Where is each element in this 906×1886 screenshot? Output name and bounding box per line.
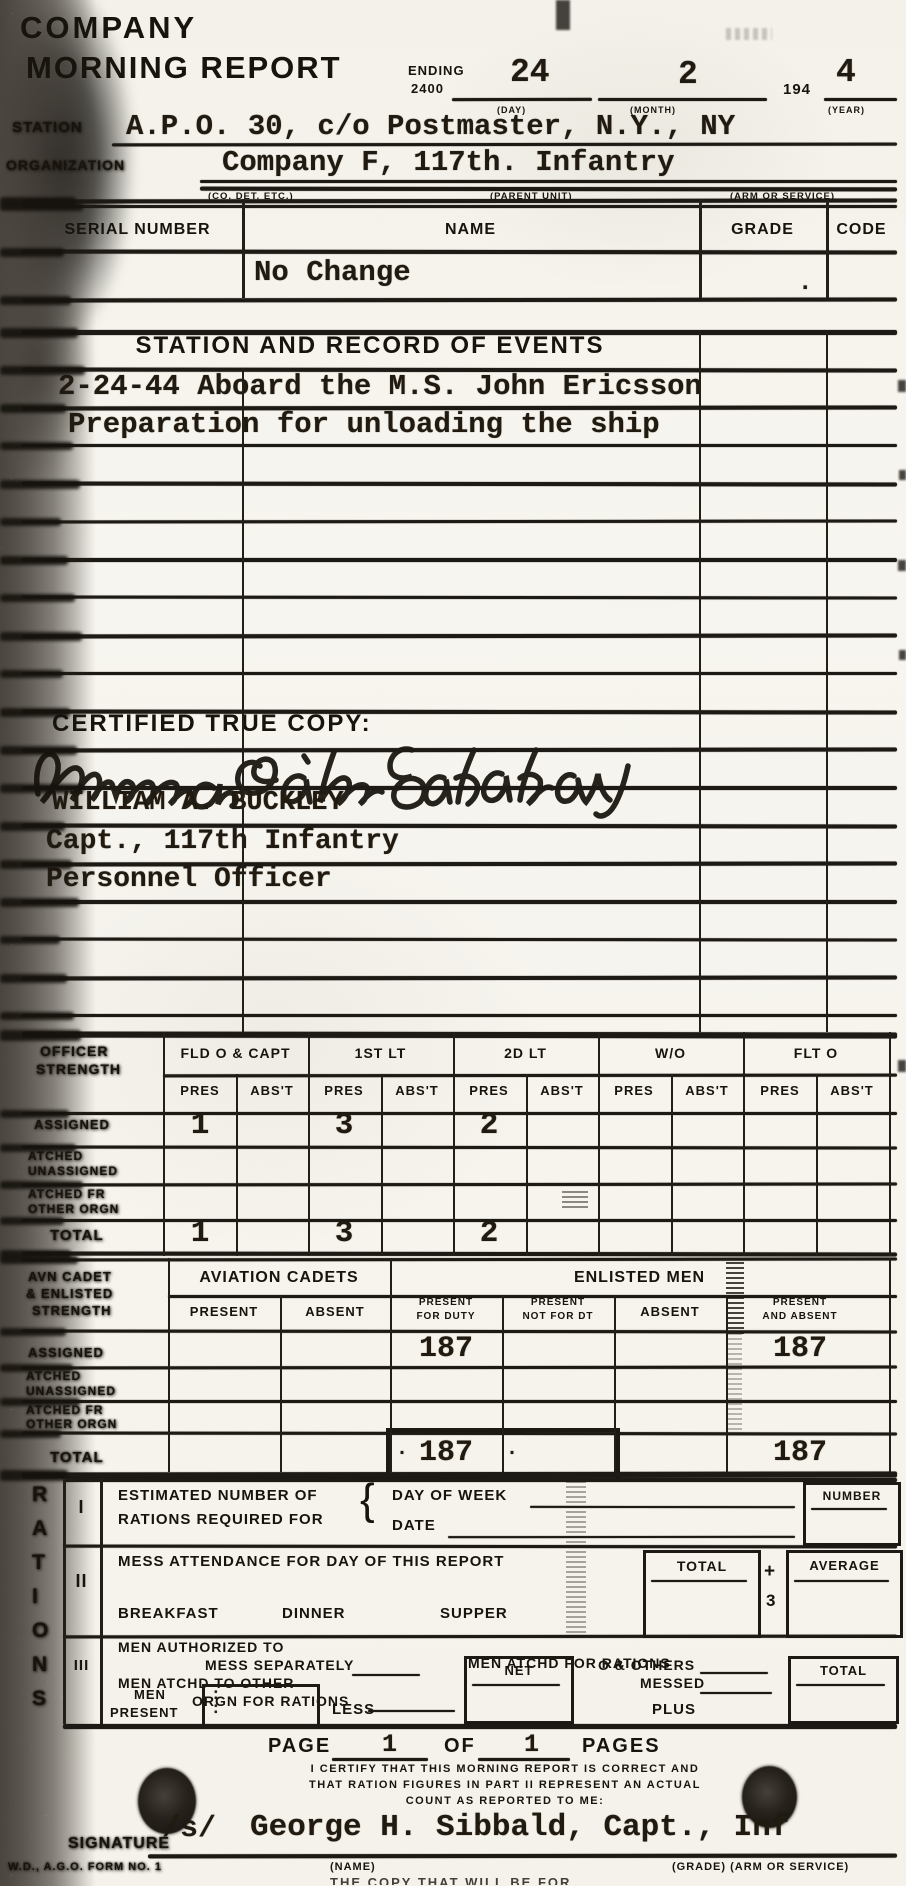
scan-rule-blob <box>0 442 73 450</box>
rations3-plus-label: PLUS <box>652 1702 696 1717</box>
scan-rule-blob <box>0 708 70 717</box>
rations-band-letter-4: O <box>32 1620 49 1641</box>
column-divider <box>242 199 245 298</box>
enlisted-row-label-2-1: OTHER ORGN <box>26 1418 117 1430</box>
rations1-number-box: NUMBER <box>803 1482 901 1546</box>
roster-header-serial: SERIAL NUMBER <box>40 222 235 238</box>
column-divider <box>699 444 701 482</box>
column-divider <box>598 1032 600 1256</box>
form-rule <box>200 187 897 192</box>
form-rule <box>22 298 897 303</box>
footer-cutoff-fragment: THE COPY THAT WILL BE FOR <box>330 1876 670 1885</box>
column-divider <box>390 1258 392 1472</box>
form-rule <box>63 1635 897 1639</box>
rations-numeral-sec3: III <box>63 1658 100 1673</box>
officer-subheader-4: PRES <box>455 1084 523 1097</box>
form-rule <box>22 596 897 600</box>
rations1-line2: RATIONS REQUIRED FOR <box>118 1512 324 1527</box>
officer-subheader-6: PRES <box>600 1084 668 1097</box>
signature-label: SIGNATURE <box>68 1836 170 1852</box>
column-divider <box>280 1295 282 1472</box>
scan-rule-blob <box>0 480 80 489</box>
column-divider <box>826 199 829 298</box>
column-divider <box>242 444 244 482</box>
organization-value: Company F, 117th. Infantry <box>222 148 674 177</box>
form-rule <box>22 1252 897 1257</box>
column-divider <box>816 1074 818 1256</box>
column-divider <box>699 406 701 444</box>
rations3-total-box: TOTAL <box>788 1656 899 1724</box>
rations1-number-box-label: NUMBER <box>806 1490 898 1502</box>
year-label: (YEAR) <box>828 106 865 115</box>
year-prefix: 194 <box>783 82 811 97</box>
column-divider <box>699 748 701 786</box>
column-divider <box>826 596 828 634</box>
scan-rule-blob <box>0 936 60 944</box>
scan-rule-blob <box>0 404 66 413</box>
column-divider <box>743 1032 745 1256</box>
enlisted-header-3: STRENGTH <box>32 1304 112 1317</box>
events-line1: 2-24-44 Aboard the M.S. John Ericsson <box>58 372 702 401</box>
certified-typed-name: WILLIAM A. BUCKLEY <box>52 790 344 817</box>
enlisted-group-aviation-cadets: AVIATION CADETS <box>168 1270 390 1286</box>
column-divider <box>826 444 828 482</box>
column-divider <box>826 482 828 520</box>
enlisted-colheader-4-0: ABSENT <box>614 1305 726 1318</box>
page-value: 1 <box>382 1732 397 1757</box>
column-divider <box>163 1032 165 1256</box>
rations-band-letter-2: T <box>32 1552 46 1573</box>
scan-vertical-smudge <box>566 1478 586 1638</box>
rations-band-letter-0: R <box>32 1484 48 1505</box>
form-rule <box>796 1684 885 1686</box>
column-divider <box>242 520 244 558</box>
form-rule <box>22 976 897 981</box>
form-rule <box>63 1478 897 1482</box>
column-divider <box>242 710 244 748</box>
column-divider <box>699 672 701 710</box>
officer-row-label-1-1: UNASSIGNED <box>28 1165 118 1177</box>
form-rule <box>332 1758 428 1761</box>
column-divider <box>699 558 701 596</box>
roster-header-code: CODE <box>826 222 897 238</box>
form-rule <box>478 1758 570 1761</box>
form-rule <box>22 1032 897 1039</box>
rations3-line1: MEN AUTHORIZED TO <box>118 1640 284 1654</box>
enlisted-row-label-1-0: ATCHED <box>26 1370 81 1382</box>
morning-report-scan: COMPANY MORNING REPORT ENDING 2400 24 (D… <box>0 0 906 1886</box>
scan-rule-blob <box>0 1012 74 1020</box>
column-divider <box>614 1295 616 1472</box>
events-section-title: STATION AND RECORD OF EVENTS <box>60 334 680 358</box>
enlisted-colheader-0-0: PRESENT <box>168 1305 280 1318</box>
form-rule <box>22 672 897 675</box>
scan-mark <box>898 1060 906 1072</box>
form-rule <box>651 1580 747 1582</box>
rations-band-letter-1: A <box>32 1518 48 1539</box>
scan-rule-blob <box>0 784 84 793</box>
form-rule <box>63 1545 897 1549</box>
column-divider <box>699 330 701 368</box>
rations3-line7: MESSED <box>640 1676 705 1690</box>
scan-rule-blob <box>0 1430 61 1438</box>
column-divider <box>826 368 828 406</box>
rations2-total-box-label: TOTAL <box>646 1559 758 1573</box>
column-divider <box>826 748 828 786</box>
column-divider <box>889 1032 891 1256</box>
enlisted-group-enlisted-men: ENLISTED MEN <box>390 1270 889 1286</box>
column-divider <box>242 596 244 634</box>
column-divider <box>826 824 828 862</box>
rations-band-letter-5: N <box>32 1654 48 1675</box>
form-rule <box>22 1146 897 1150</box>
officer-group-2: 2D LT <box>453 1046 598 1060</box>
organization-label: ORGANIZATION <box>6 158 125 172</box>
form-rule <box>811 1508 887 1510</box>
enlisted-colheader-2-0: PRESENT <box>390 1298 502 1308</box>
column-divider <box>699 862 701 900</box>
column-divider <box>826 672 828 710</box>
column-divider <box>168 1258 170 1472</box>
form-rule <box>148 1854 897 1859</box>
scan-rule-blob <box>0 860 72 869</box>
form-rule <box>22 1400 897 1403</box>
form-rule <box>22 748 897 753</box>
column-divider <box>699 976 701 1014</box>
column-divider <box>242 634 244 672</box>
scan-mark <box>562 1190 588 1208</box>
rations1-date-label: DATE <box>392 1518 436 1533</box>
enlisted-total-box-dot: . <box>396 1440 408 1460</box>
column-divider <box>699 786 701 824</box>
officer-subheader-2: PRES <box>310 1084 378 1097</box>
officer-subheader-7: ABS'T <box>673 1084 741 1097</box>
rations1-day-of-week-label: DAY OF WEEK <box>392 1488 507 1503</box>
scan-rule-blob <box>0 822 65 831</box>
column-divider <box>699 199 702 298</box>
enlisted-header-2: & ENLISTED <box>26 1287 113 1300</box>
officer-group-4: FLT O <box>743 1046 889 1060</box>
enlisted-colheader-1-0: ABSENT <box>279 1305 391 1318</box>
column-divider <box>242 786 244 824</box>
form-rule <box>22 1258 897 1262</box>
certified-title-line: Capt., 117th Infantry <box>46 828 399 856</box>
form-rule <box>22 862 897 867</box>
column-divider <box>826 1014 828 1032</box>
name-label: (NAME) <box>330 1862 376 1873</box>
scan-mark <box>899 650 906 660</box>
form-rule <box>22 199 897 204</box>
form-rule <box>352 1674 420 1676</box>
pages-label: PAGES <box>582 1736 661 1756</box>
signature-s-mark: /s/ <box>162 1814 216 1844</box>
column-divider <box>242 900 244 938</box>
rations3-men-present-box: : : <box>202 1684 320 1728</box>
column-divider <box>242 976 244 1014</box>
enlisted-total-box-dot: . <box>506 1440 518 1460</box>
form-rule <box>368 1710 455 1712</box>
form-rule <box>598 98 767 101</box>
ending-label: ENDING <box>408 64 465 77</box>
column-divider <box>826 406 828 444</box>
scan-mark <box>898 380 906 392</box>
scan-rule-blob <box>0 1470 68 1481</box>
enlisted-colheader-3-1: NOT FOR DT <box>502 1312 614 1322</box>
rations1-line1: ESTIMATED NUMBER OF <box>118 1488 318 1503</box>
rations3-total-box-label: TOTAL <box>791 1664 896 1677</box>
column-divider <box>242 406 244 444</box>
form-rule <box>22 786 897 790</box>
form-rule <box>22 444 897 447</box>
pages-value: 1 <box>524 1732 539 1757</box>
rations2-average-box: AVERAGE <box>786 1550 903 1638</box>
officer-cell-3-4: 2 <box>455 1218 523 1249</box>
form-title-line1: COMPANY <box>20 12 197 43</box>
scan-rule-blob <box>0 1328 66 1336</box>
column-divider <box>826 976 828 1014</box>
scan-rule-blob <box>0 746 77 755</box>
scan-rule-blob <box>0 974 67 983</box>
column-divider <box>242 862 244 900</box>
station-label: STATION <box>12 120 83 135</box>
rations3-men-label: MEN <box>134 1688 166 1701</box>
enlisted-cell-0-2: 187 <box>396 1334 496 1364</box>
rations3-line6: O & OTHERS <box>598 1658 695 1672</box>
form-rule <box>22 1183 897 1187</box>
certified-role-line: Personnel Officer <box>46 866 332 894</box>
form-rule <box>22 1432 897 1436</box>
officer-row-label-1-0: ATCHED <box>28 1150 83 1162</box>
scan-mark <box>898 560 906 571</box>
form-rule <box>22 1014 897 1017</box>
officer-row-label-3-0: TOTAL <box>50 1228 104 1243</box>
column-divider <box>826 786 828 824</box>
form-rule <box>22 900 897 904</box>
form-rule <box>530 1506 795 1508</box>
column-divider <box>889 1258 891 1472</box>
form-rule <box>22 406 897 411</box>
officer-row-label-2-0: ATCHED FR <box>28 1188 105 1200</box>
scan-rule-blob <box>0 632 82 641</box>
form-rule <box>63 1724 897 1729</box>
rations-numeral-sec2: II <box>63 1572 100 1590</box>
form-rule <box>22 330 897 335</box>
signature-value: George H. Sibbald, Capt., Inf <box>250 1812 790 1843</box>
form-rule <box>22 482 897 487</box>
officer-subheader-1: ABS'T <box>238 1084 306 1097</box>
scan-rule-blob <box>0 518 61 526</box>
rations2-plus-sign: + <box>764 1562 776 1581</box>
scan-mark <box>726 28 772 40</box>
form-number: W.D., A.G.O. FORM NO. 1 <box>8 1862 162 1873</box>
scan-rule-blob <box>0 556 68 565</box>
page-label: PAGE <box>268 1736 331 1756</box>
scan-rule-blob <box>0 203 83 211</box>
officer-subheader-9: ABS'T <box>818 1084 886 1097</box>
enlisted-cell-3-2: 187 <box>396 1438 496 1468</box>
officer-cell-0-4: 2 <box>455 1110 523 1141</box>
scan-rule-blob <box>0 296 71 305</box>
column-divider <box>699 1014 701 1032</box>
enlisted-row-label-3-0: TOTAL <box>50 1450 104 1465</box>
form-rule <box>200 180 897 183</box>
column-divider <box>826 634 828 672</box>
month-value: 2 <box>678 58 698 91</box>
officer-subheader-0: PRES <box>166 1084 234 1097</box>
scan-mark <box>899 470 906 480</box>
form-rule <box>794 1580 889 1582</box>
form-rule <box>163 1074 897 1078</box>
column-divider <box>826 900 828 938</box>
form-rule <box>112 143 897 147</box>
column-divider <box>826 710 828 748</box>
station-value: A.P.O. 30, c/o Postmaster, N.Y., NY <box>126 112 735 141</box>
scan-rule-blob <box>0 1030 81 1041</box>
officer-strength-header-2: STRENGTH <box>36 1062 121 1076</box>
officer-cell-0-0: 1 <box>166 1110 234 1141</box>
column-divider <box>826 520 828 558</box>
roster-header-name: NAME <box>242 222 699 238</box>
column-divider <box>100 1478 103 1724</box>
column-divider <box>826 862 828 900</box>
form-rule <box>22 634 897 639</box>
certification-line1: I CERTIFY THAT THIS MORNING REPORT IS CO… <box>250 1764 760 1775</box>
rations-band-letter-3: I <box>32 1586 39 1607</box>
officer-strength-header-1: OFFICER <box>40 1044 108 1058</box>
enlisted-colheader-5-0: PRESENT <box>744 1298 856 1308</box>
rations2-breakfast: BREAKFAST <box>118 1606 219 1621</box>
officer-cell-3-2: 3 <box>310 1218 378 1249</box>
enlisted-cell-0-5: 187 <box>750 1334 850 1364</box>
form-rule <box>452 98 592 101</box>
column-divider <box>699 596 701 634</box>
column-divider <box>699 900 701 938</box>
form-rule <box>448 1536 795 1538</box>
column-divider <box>236 1074 238 1256</box>
rations2-average-box-label: AVERAGE <box>789 1559 900 1572</box>
column-divider <box>699 368 701 406</box>
officer-cell-3-0: 1 <box>166 1218 234 1249</box>
column-divider <box>826 558 828 596</box>
rations2-total-box: TOTAL <box>643 1550 761 1638</box>
officer-subheader-3: ABS'T <box>383 1084 451 1097</box>
enlisted-colheader-3-0: PRESENT <box>502 1298 614 1308</box>
column-divider <box>242 672 244 710</box>
rations2-supper: SUPPER <box>440 1606 508 1621</box>
officer-subheader-5: ABS'T <box>528 1084 596 1097</box>
scan-rule-blob <box>0 248 64 257</box>
officer-group-0: FLD O & CAPT <box>163 1046 308 1060</box>
enlisted-row-label-1-1: UNASSIGNED <box>26 1385 116 1397</box>
form-rule <box>22 558 897 562</box>
form-rule <box>700 1692 772 1694</box>
rations3-net-box: NET <box>464 1656 574 1724</box>
scan-rule-blob <box>0 898 79 907</box>
column-divider <box>242 482 244 520</box>
grade-arm-label: (GRADE) (ARM OR SERVICE) <box>672 1862 849 1873</box>
scan-vertical-smudge <box>726 1262 744 1334</box>
rations-numeral-sec1: I <box>63 1498 100 1516</box>
officer-row-label-2-1: OTHER ORGN <box>28 1203 119 1215</box>
rations3-men-present-marks: : <box>211 1703 221 1716</box>
scan-rule-blob <box>0 1256 78 1264</box>
form-title-line2: MORNING REPORT <box>26 52 342 83</box>
form-rule <box>700 1672 768 1674</box>
column-divider <box>699 710 701 748</box>
column-divider <box>242 368 244 406</box>
rations3-present-label: PRESENT <box>110 1706 178 1719</box>
rations3-net-box-label: NET <box>467 1664 571 1677</box>
officer-subheader-8: PRES <box>746 1084 814 1097</box>
column-divider <box>699 520 701 558</box>
rations-band-letter-6: S <box>32 1688 47 1709</box>
column-divider <box>242 558 244 596</box>
form-rule <box>22 205 897 208</box>
officer-group-3: W/O <box>598 1046 743 1060</box>
column-divider <box>826 330 828 368</box>
enlisted-colheader-5-1: AND ABSENT <box>744 1312 856 1322</box>
scan-mark <box>556 0 570 30</box>
scan-rule-blob <box>0 328 78 338</box>
form-rule <box>824 98 897 101</box>
rations3-line2: MESS SEPARATELY <box>205 1658 354 1672</box>
scan-vertical-smudge <box>728 1334 742 1430</box>
rations2-heading: MESS ATTENDANCE FOR DAY OF THIS REPORT <box>118 1554 504 1569</box>
roster-grade-mark: . <box>798 272 812 296</box>
year-value: 4 <box>836 56 856 89</box>
form-rule <box>22 938 897 942</box>
enlisted-row-label-2-0: ATCHED FR <box>26 1404 103 1416</box>
column-divider <box>726 1295 728 1472</box>
column-divider <box>699 482 701 520</box>
column-divider <box>671 1074 673 1256</box>
form-rule <box>22 520 897 524</box>
column-divider <box>242 748 244 786</box>
column-divider <box>699 634 701 672</box>
enlisted-cell-3-5: 187 <box>750 1438 850 1468</box>
enlisted-colheader-2-1: FOR DUTY <box>390 1312 502 1322</box>
certification-line3: COUNT AS REPORTED TO ME: <box>250 1796 760 1807</box>
roster-header-grade: GRADE <box>699 222 826 238</box>
certified-heading: CERTIFIED TRUE COPY: <box>52 712 372 736</box>
officer-cell-0-2: 3 <box>310 1110 378 1141</box>
scan-rule-blob <box>0 594 75 602</box>
column-divider <box>242 938 244 976</box>
rations2-dinner: DINNER <box>282 1606 346 1621</box>
column-divider <box>242 1014 244 1032</box>
form-rule <box>472 1684 560 1686</box>
certification-line2: THAT RATION FIGURES IN PART II REPRESENT… <box>250 1780 760 1791</box>
rations2-divisor: 3 <box>766 1592 776 1609</box>
enlisted-header-1: AVN CADET <box>28 1270 112 1283</box>
scan-rule-blob <box>0 366 85 375</box>
column-divider <box>526 1074 528 1256</box>
roster-entry-no-change: No Change <box>254 258 411 287</box>
column-divider <box>242 824 244 862</box>
rations1-brace: { <box>360 1478 376 1522</box>
day-value: 24 <box>510 56 550 89</box>
column-divider <box>699 824 701 862</box>
scan-rule-blob <box>0 1217 64 1225</box>
column-divider <box>826 938 828 976</box>
officer-row-label-0-0: ASSIGNED <box>34 1118 110 1131</box>
form-rule <box>22 1366 897 1370</box>
form-rule <box>22 250 897 255</box>
of-label: OF <box>444 1736 476 1756</box>
events-line2: Preparation for unloading the ship <box>68 410 660 439</box>
column-divider <box>381 1074 383 1256</box>
scan-rule-blob <box>0 670 63 678</box>
